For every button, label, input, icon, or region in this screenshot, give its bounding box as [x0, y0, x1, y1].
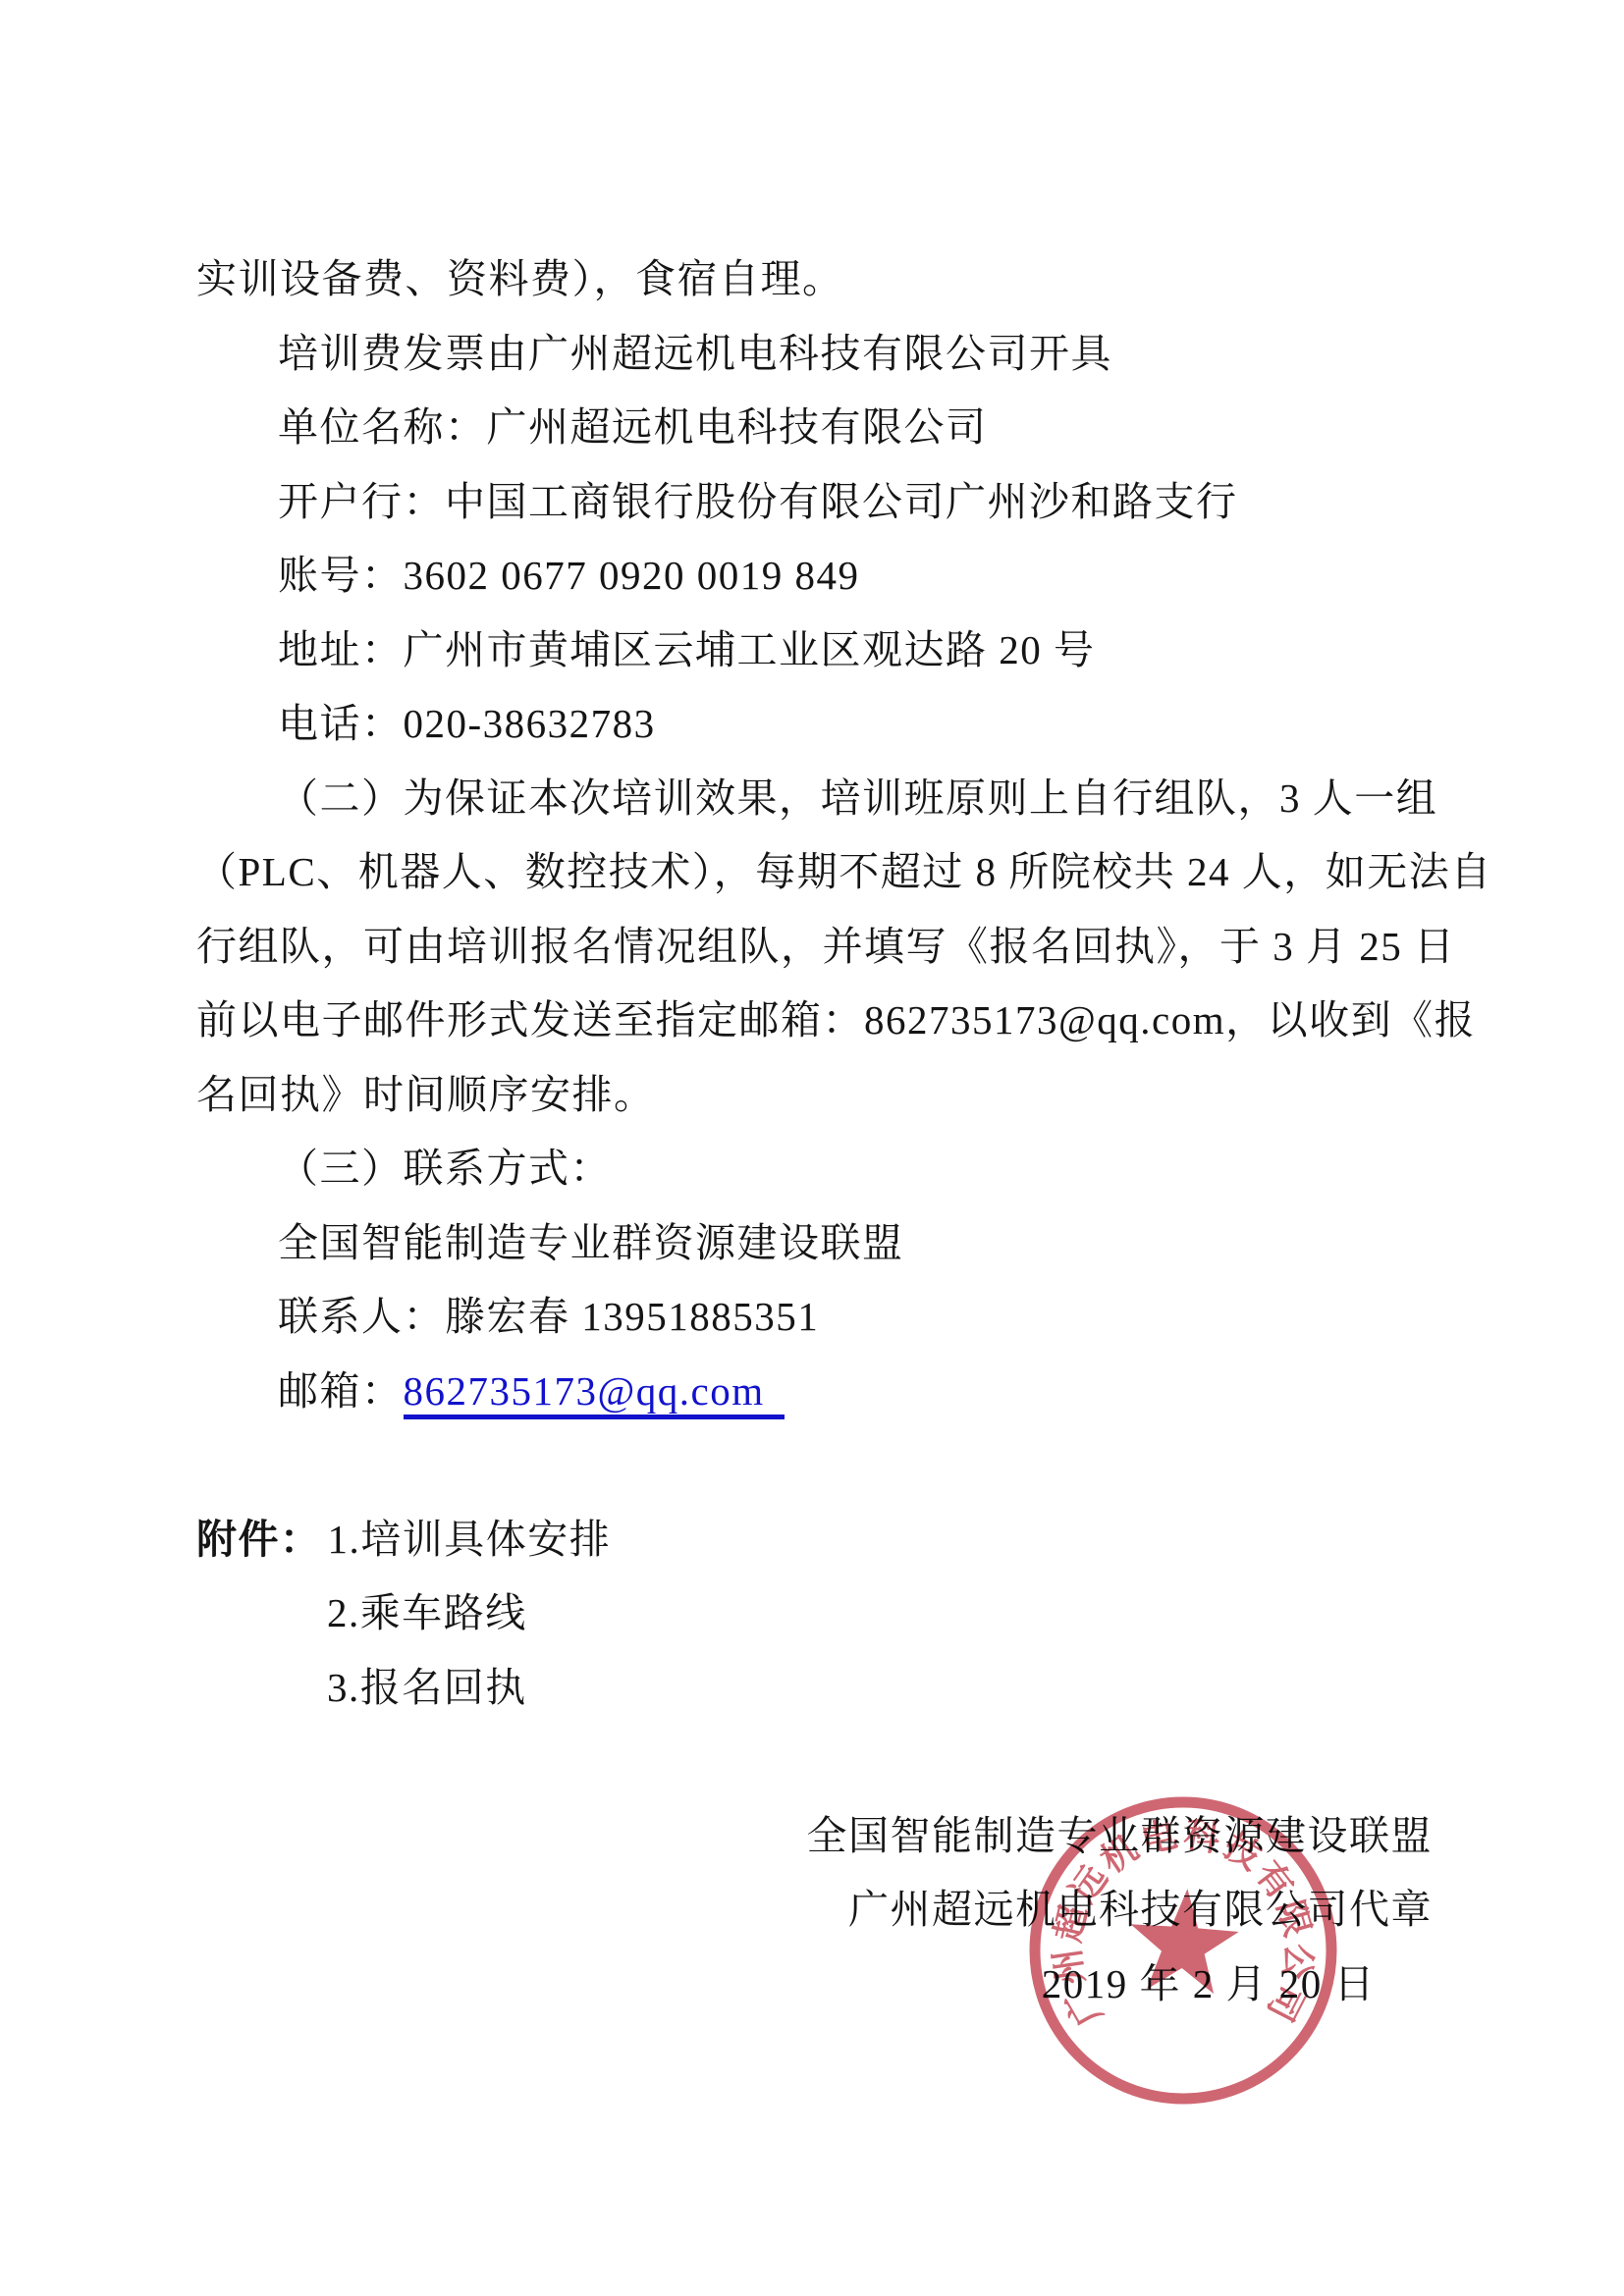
body-line-order: 名回执》时间顺序安排。	[0, 1058, 1624, 1133]
email-line: 邮箱：862735173@qq.com	[0, 1355, 1624, 1429]
body-line-contact: 联系人：滕宏春 13951885351	[0, 1280, 1624, 1355]
attachments-line: 附件：1.培训具体安排	[0, 1503, 1624, 1577]
email-link[interactable]: 862735173@qq.com	[404, 1368, 785, 1419]
email-label: 邮箱：	[278, 1368, 404, 1414]
blank-line	[0, 1725, 1624, 1799]
body-line-section2: （二）为保证本次培训效果，培训班原则上自行组队，3 人一组	[0, 762, 1624, 836]
body-line-teams: 行组队，可由培训报名情况组队，并填写《报名回执》，于 3 月 25 日	[0, 910, 1624, 985]
body-line-email-send: 前以电子邮件形式发送至指定邮箱：862735173@qq.com，以收到《报	[0, 984, 1624, 1058]
attachments-label: 附件：	[196, 1517, 322, 1562]
company-seal: 广州超远机电科技有限公司	[1013, 1781, 1353, 2120]
body-line-section3: （三）联系方式：	[0, 1132, 1624, 1206]
signature-org: 全国智能制造专业群资源建设联盟	[0, 1799, 1624, 1874]
attachment-item-2: 2.乘车路线	[0, 1576, 1624, 1651]
attachment-item-1: 1.培训具体安排	[328, 1517, 612, 1562]
body-line-alliance: 全国智能制造专业群资源建设联盟	[0, 1206, 1624, 1281]
body-line-fees: 实训设备费、资料费），食宿自理。	[0, 242, 1624, 317]
body-line-phone: 电话：020-38632783	[0, 687, 1624, 762]
document-page: 实训设备费、资料费），食宿自理。 培训费发票由广州超远机电科技有限公司开具 单位…	[0, 0, 1624, 2296]
body-line-address: 地址：广州市黄埔区云埔工业区观达路 20 号	[0, 614, 1624, 688]
attachment-item-3: 3.报名回执	[0, 1651, 1624, 1726]
signature-company: 广州超远机电科技有限公司代章	[0, 1873, 1624, 1948]
body-line-bank: 开户行：中国工商银行股份有限公司广州沙和路支行	[0, 465, 1624, 540]
body-line-invoice: 培训费发票由广州超远机电科技有限公司开具	[0, 317, 1624, 392]
document-body: 实训设备费、资料费），食宿自理。 培训费发票由广州超远机电科技有限公司开具 单位…	[0, 242, 1624, 2021]
signature-date: 2019 年 2 月 20 日	[0, 1948, 1624, 2022]
body-line-unit-name: 单位名称：广州超远机电科技有限公司	[0, 391, 1624, 465]
body-line-account: 账号：3602 0677 0920 0019 849	[0, 539, 1624, 614]
blank-line	[0, 1428, 1624, 1503]
star-icon	[1126, 1885, 1241, 1995]
body-line-plc: （PLC、机器人、数控技术），每期不超过 8 所院校共 24 人，如无法自	[0, 835, 1624, 910]
